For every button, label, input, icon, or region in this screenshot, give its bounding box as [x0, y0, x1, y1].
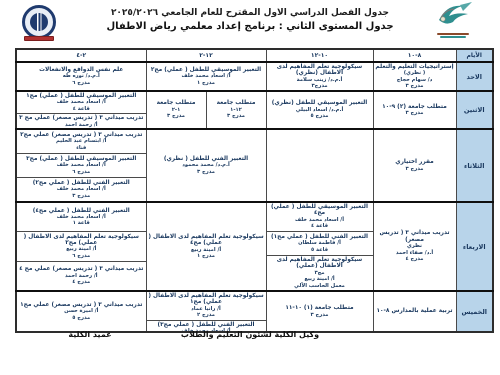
schedule-cell: سيكولوجية تعلم المفاهيم لدى الاطفال ( عم…	[146, 202, 266, 291]
course-line: مدرج ٤	[375, 256, 455, 262]
schedule-cell: علم نفس الدوافع والانفعالاتأ.م.د/ نوره ط…	[16, 62, 146, 91]
cell-content: سيكولوجية تعلم المفاهيم لدى الاطفال (نظر…	[267, 63, 373, 90]
schedule-cell: متطلب جامعة (١) ١٠-١١مدرج ٣	[266, 291, 373, 332]
vice-dean-signature: وكيل الكلية لشئون التعليم والطلاب	[181, 330, 319, 339]
cell-content: تدريب ميداني ٣ ( تدريس مصغر) عملي مج٢أ/ …	[17, 130, 146, 201]
schedule-table: الأيام ٨-١٠ ١٠-١٢ ١٢-٢ ٢-٤ الاحدإستراتيج…	[15, 48, 494, 333]
cell-content: علم نفس الدوافع والانفعالاتأ.م.د/ نوره ط…	[17, 63, 146, 90]
table-row: الاربعاءتدريب ميداني ٣ ( تدريس مصغر)نظري…	[16, 202, 493, 291]
table-row: الثلاثاءمقرر اختياريمدرج ٣التعبير الفني …	[16, 129, 493, 202]
cell-content: التعبير الفني للطفل ( عملي مج٤)أ/ اسعاد …	[17, 203, 146, 290]
course-line: معمل الحاسب الآلي	[268, 283, 372, 289]
schedule-cell: تدريب ميداني ٣ ( تدريس مصغر) عملي مج١أ/ …	[16, 291, 146, 332]
faculty-logo	[18, 5, 60, 41]
course-line: مدرج ٦	[18, 253, 145, 259]
course-entry: إستراتيجيات التعليم والتعلم( نظري)د/ سها…	[374, 63, 456, 91]
course-entry: سيكولوجية تعلم المفاهيم لدى الاطفال ( عم…	[147, 292, 266, 321]
course-line: مدرج ٥	[18, 315, 145, 321]
course-entry: متطلب جامعة (٢) ٩-١٠مدرج ٣	[374, 92, 456, 128]
course-line: مدرج ٦	[18, 80, 145, 86]
course-line: مدرج ٣	[148, 169, 265, 175]
schedule-cell: سيكولوجية تعلم المفاهيم لدى الاطفال (نظر…	[266, 62, 373, 91]
cell-content: متطلب جامعة (٢) ٩-١٠مدرج ٣	[374, 92, 456, 128]
course-entry: التعبير الفني للطفل ( عملي مج٤)أ/ اسعاد …	[17, 203, 146, 232]
university-name-arabic	[437, 33, 469, 35]
course-entry: علم نفس الدوافع والانفعالاتأ.م.د/ نوره ط…	[17, 63, 146, 90]
course-entry: التعبير الفني للطفل ( عملي مج٢)أ/ اسعاد …	[17, 178, 146, 201]
schedule-cell: التعبير الفني للطفل ( عملي مج٤)أ/ اسعاد …	[16, 202, 146, 291]
schedule-cell: تدريب ميداني ٣ ( تدريس مصغر) عملي مج٢أ/ …	[16, 129, 146, 202]
cell-content: التعبير الموسيقي للطفل ( عملي) مج١أ/ اسع…	[17, 92, 146, 128]
course-line: مدرج ٢	[148, 312, 265, 318]
cell-content: إستراتيجيات التعليم والتعلم( نظري)د/ سها…	[374, 63, 456, 90]
day-label: الاربعاء	[456, 202, 493, 291]
cell-content: تربية عملية بالمدارس ٨-١٠	[374, 292, 456, 331]
cell-content: مقرر اختياريمدرج ٣	[374, 130, 456, 201]
course-entry: التعبير الموسيقي للطفل ( عملي) مج٣أ/ اسع…	[17, 154, 146, 178]
schedule-cell: مقرر اختياريمدرج ٣	[373, 129, 456, 202]
schedule-body: الاحدإستراتيجيات التعليم والتعلم( نظري)د…	[16, 62, 493, 332]
schedule-cell: التعبير الموسيقي للطفل ( عملي) مج٢أ/ اسع…	[146, 62, 266, 91]
dean-signature: عميد الكلية	[45, 330, 135, 339]
course-entry: التعبير الفني للطفل ( عملي مج١)أ/ فاطمة …	[267, 232, 373, 256]
schedule-cell: إستراتيجيات التعليم والتعلم( نظري)د/ سها…	[373, 62, 456, 91]
course-entry: التعبير الموسيقي للطفل ( عملي) مج١أ/ اسع…	[17, 92, 146, 114]
cell-content	[267, 130, 373, 201]
course-entry: التعبير الموسيقي للطفل ( عملي) مج٤أ/ اسع…	[267, 203, 373, 232]
document-subtitle: جدول المستوى الثاني : برنامج إعداد معلمي…	[70, 20, 430, 34]
course-entry: متطلب جامعة١-٢مدرج ٣	[147, 92, 206, 128]
course-entry: تدريب ميداني ٣ ( تدريس مصغر) عملي مج ٣أ/…	[17, 114, 146, 129]
faculty-seal-icon	[22, 5, 56, 39]
course-line: قاعة ٤	[18, 106, 145, 112]
course-line: مدرج ٣	[375, 83, 455, 89]
course-line: مدرج٣	[268, 83, 372, 89]
course-entry: سيكولوجية تعلم المفاهيم لدى الاطفال (عمل…	[267, 256, 373, 290]
course-entry: تدريب ميداني ٣ ( تدريس مصغر) عملي مج ٤أ/…	[17, 262, 146, 290]
course-entry: التعبير الموسيقي للطفل (نظري)أ.م.د/ اسعا…	[267, 92, 373, 128]
course-line: قاعة ١	[18, 220, 145, 226]
table-row: الاحدإستراتيجيات التعليم والتعلم( نظري)د…	[16, 62, 493, 91]
schedule-cell: متطلب جامعة (٢) ٩-١٠مدرج ٣	[373, 91, 456, 129]
time-header-12-2: ١٢-٢	[146, 49, 266, 62]
course-line: مدرج ٣	[375, 110, 455, 116]
course-line: قاعة ٥	[268, 247, 372, 253]
course-line: مدرج ١	[148, 253, 265, 259]
schedule-cell	[266, 129, 373, 202]
course-entry: مقرر اختياريمدرج ٣	[374, 130, 456, 201]
university-logo-icon	[433, 2, 473, 28]
course-line: تربية عملية بالمدارس ٨-١٠	[375, 308, 455, 314]
day-label: الخميس	[456, 291, 493, 332]
course-line: تدريب ميداني ٣ ( تدريس مصغر)	[375, 230, 455, 243]
cell-content: متطلب جامعة١٢-١مدرج ٣متطلب جامعة١-٢مدرج …	[147, 92, 266, 128]
course-line: فناء	[18, 145, 145, 151]
course-entry: تدريب ميداني ٣ ( تدريس مصغر) عملي مج٢أ/ …	[17, 130, 146, 154]
day-label: الثلاثاء	[456, 129, 493, 202]
course-entry: تربية عملية بالمدارس ٨-١٠	[374, 292, 456, 331]
time-header-2-4: ٢-٤	[16, 49, 146, 62]
schedule-cell: تدريب ميداني ٣ ( تدريس مصغر)نظريأ.د/ صفا…	[373, 202, 456, 291]
course-line: مدرج ٦	[18, 169, 145, 175]
course-line: مدرج ٣	[375, 166, 455, 172]
faculty-seal-emblem	[30, 13, 48, 31]
course-line: سيكولوجية تعلم المفاهيم لدى الاطفال ( عم…	[148, 293, 265, 306]
schedule-cell: التعبير الموسيقي للطفل ( عملي) مج١أ/ اسع…	[16, 91, 146, 129]
cell-content: التعبير الموسيقي للطفل (نظري)أ.م.د/ اسعا…	[267, 92, 373, 128]
day-label: الاحد	[456, 62, 493, 91]
table-row: الخميستربية عملية بالمدارس ٨-١٠متطلب جام…	[16, 291, 493, 332]
cell-content: تدريب ميداني ٣ ( تدريس مصغر)نظريأ.د/ صفا…	[374, 203, 456, 290]
table-row: الاثنينمتطلب جامعة (٢) ٩-١٠مدرج ٣التعبير…	[16, 91, 493, 129]
faculty-seal-ribbon	[24, 36, 54, 41]
cell-content: متطلب جامعة (١) ١٠-١١مدرج ٣	[267, 292, 373, 331]
cell-content: التعبير الموسيقي للطفل ( عملي) مج٢أ/ اسع…	[147, 63, 266, 90]
course-line: سيكولوجية تعلم المفاهيم لدى الاطفال (عمل…	[268, 257, 372, 270]
day-label: الاثنين	[456, 91, 493, 129]
days-column-header: الأيام	[456, 49, 493, 62]
schedule-cell: التعبير الموسيقي للطفل ( عملي) مج٤أ/ اسع…	[266, 202, 373, 291]
document-title: جدول الفصل الدراسي الاول المقترح للعام ا…	[70, 7, 430, 20]
course-line: مدرج ٣	[208, 113, 265, 119]
course-line: سيكولوجية تعلم المفاهيم لدى الاطفال (نظر…	[268, 64, 372, 77]
cell-content: التعبير الموسيقي للطفل ( عملي) مج٤أ/ اسع…	[267, 203, 373, 290]
course-entry: تدريب ميداني ٣ ( تدريس مصغر) عملي مج١أ/ …	[17, 292, 146, 331]
schedule-cell: التعبير الموسيقي للطفل (نظري)أ.م.د/ اسعا…	[266, 91, 373, 129]
course-entry: التعبير الفني للطفل ( نظري)أ.م.د/ محمد م…	[147, 130, 266, 201]
course-line: قاعة ٤	[268, 223, 372, 229]
time-header-8-10: ٨-١٠	[373, 49, 456, 62]
cell-content: تدريب ميداني ٣ ( تدريس مصغر) عملي مج١أ/ …	[17, 292, 146, 331]
course-entry: متطلب جامعة (١) ١٠-١١مدرج ٣	[267, 292, 373, 331]
schedule-cell: التعبير الفني للطفل ( نظري)أ.م.د/ محمد م…	[146, 129, 266, 202]
course-entry: التعبير الموسيقي للطفل ( عملي) مج٢أ/ اسع…	[147, 63, 266, 90]
schedule-page: جدول الفصل الدراسي الاول المقترح للعام ا…	[0, 0, 500, 375]
course-entry: متطلب جامعة١٢-١مدرج ٣	[206, 92, 266, 128]
course-line: التعبير الموسيقي للطفل ( عملي) مج٤	[268, 204, 372, 217]
cell-content: سيكولوجية تعلم المفاهيم لدى الاطفال ( عم…	[147, 292, 266, 331]
course-entry: سيكولوجية تعلم المفاهيم لدى الاطفال ( عم…	[17, 232, 146, 261]
university-name-english	[440, 36, 466, 38]
course-entry: سيكولوجية تعلم المفاهيم لدى الاطفال ( عم…	[147, 203, 266, 290]
time-header-10-12: ١٠-١٢	[266, 49, 373, 62]
course-entry: سيكولوجية تعلم المفاهيم لدى الاطفال (نظر…	[267, 63, 373, 91]
cell-content: سيكولوجية تعلم المفاهيم لدى الاطفال ( عم…	[147, 203, 266, 290]
course-line: مدرج ٥	[268, 113, 372, 119]
course-line: مدرج ٣	[148, 113, 205, 119]
cell-content: التعبير الفني للطفل ( نظري)أ.م.د/ محمد م…	[147, 130, 266, 201]
course-line: مدرج ٣	[18, 193, 145, 199]
course-line: سيكولوجية تعلم المفاهيم لدى الاطفال ( عم…	[148, 234, 265, 247]
course-line: مدرج ٣	[268, 312, 372, 318]
schedule-cell: تربية عملية بالمدارس ٨-١٠	[373, 291, 456, 332]
schedule-cell: متطلب جامعة١٢-١مدرج ٣متطلب جامعة١-٢مدرج …	[146, 91, 266, 129]
course-line: مدرج ١	[148, 80, 265, 86]
university-logo	[432, 2, 474, 38]
table-header-row: الأيام ٨-١٠ ١٠-١٢ ١٢-٢ ٢-٤	[16, 49, 493, 62]
schedule-cell: سيكولوجية تعلم المفاهيم لدى الاطفال ( عم…	[146, 291, 266, 332]
course-line: مدرج ٤	[18, 279, 145, 285]
course-entry: تدريب ميداني ٣ ( تدريس مصغر)نظريأ.د/ صفا…	[374, 203, 456, 290]
course-line: سيكولوجية تعلم المفاهيم لدى الاطفال ( عم…	[18, 234, 145, 247]
header-titles: جدول الفصل الدراسي الاول المقترح للعام ا…	[70, 7, 430, 34]
